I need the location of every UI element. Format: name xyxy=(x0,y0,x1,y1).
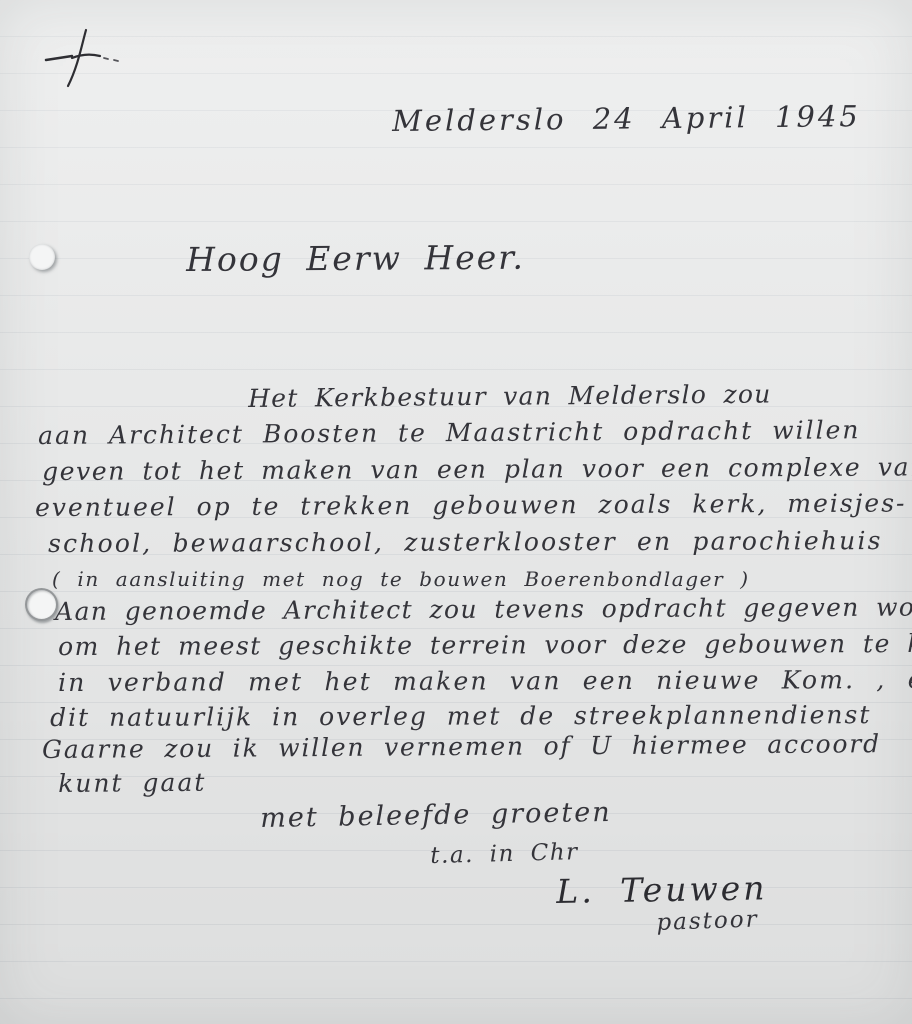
punch-hole-top xyxy=(29,244,55,270)
letter-page: Melderslo 24 April 1945 Hoog Eerw Heer. … xyxy=(0,0,912,1024)
body-line-parenthetical: ( in aansluiting met nog te bouwen Boere… xyxy=(52,567,750,591)
body-line: Het Kerkbestuur van Melderslo zou xyxy=(248,379,772,413)
body-line: dit natuurlijk in overleg met de streekp… xyxy=(50,700,871,732)
closing-line: met beleefde groeten xyxy=(260,797,612,834)
body-line: eventueel op te trekken gebouwen zoals k… xyxy=(35,488,907,522)
signature: L. Teuwen xyxy=(556,868,768,911)
valediction-line: t.a. in Chr xyxy=(430,839,579,869)
body-line: school, bewaarschool, zusterklooster en … xyxy=(48,526,883,558)
punch-hole-middle xyxy=(25,588,58,621)
body-line: Aan genoemde Architect zou tevens opdrac… xyxy=(55,592,912,626)
pen-mark-icon xyxy=(38,22,148,92)
body-line: geven tot het maken van een plan voor ee… xyxy=(42,452,912,486)
body-line: in verband met het maken van een nieuwe … xyxy=(58,665,912,697)
signature-role: pastoor xyxy=(656,906,759,936)
body-line: aan Architect Boosten te Maastricht opdr… xyxy=(38,415,861,450)
body-line: om het meest geschikte terrein voor deze… xyxy=(58,629,912,661)
salutation: Hoog Eerw Heer. xyxy=(186,238,525,279)
body-line: Gaarne zou ik willen vernemen of U hierm… xyxy=(42,729,881,764)
body-line: kunt gaat xyxy=(58,768,206,798)
date-line: Melderslo 24 April 1945 xyxy=(392,99,861,138)
